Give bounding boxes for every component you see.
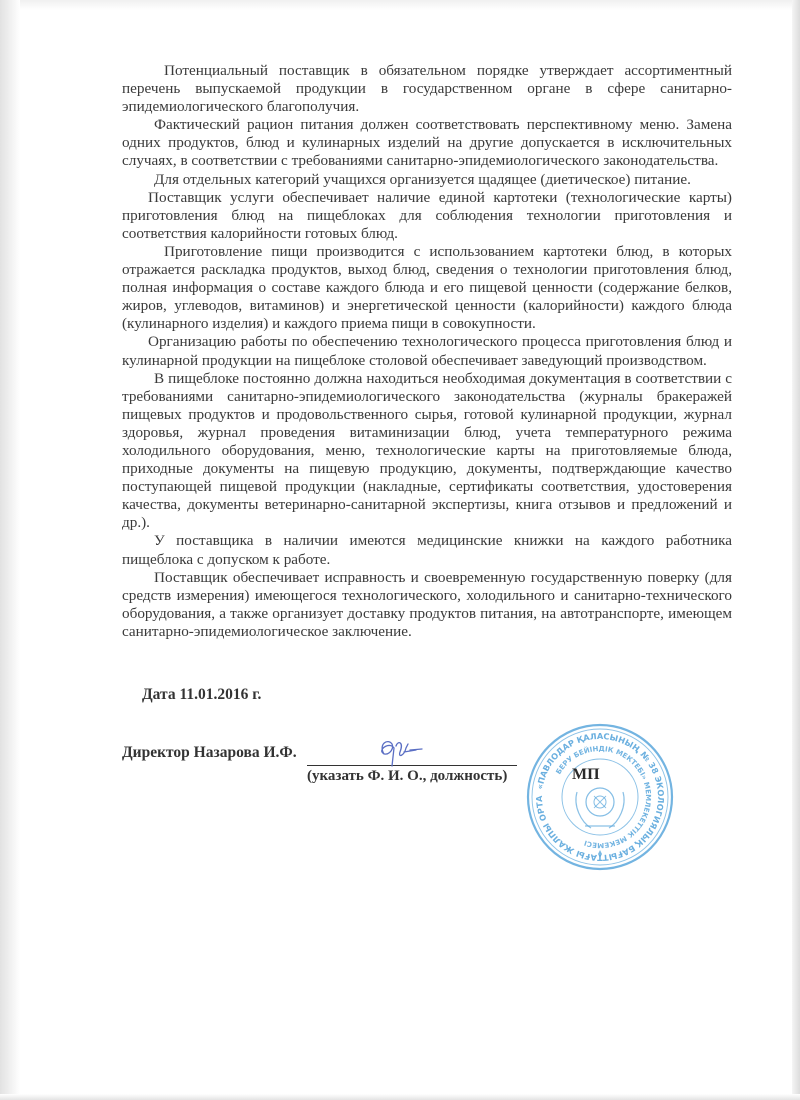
paragraph-equipment: Поставщик обеспечивает исправность и сво… bbox=[122, 569, 732, 641]
paragraph-documentation: В пищеблоке постоянно должна находиться … bbox=[122, 370, 732, 533]
handwritten-signature-icon bbox=[370, 734, 430, 778]
document-date: Дата 11.01.2016 г. bbox=[142, 686, 261, 704]
signatory-name: Директор Назарова И.Ф. bbox=[122, 744, 297, 762]
official-seal-icon: «ПАВЛОДАР ҚАЛАСЫНЫҢ № 38 ЭКОЛОГИЯЛЫҚ БАҒ… bbox=[525, 722, 675, 872]
paragraph-organization: Организацию работы по обеспечению технол… bbox=[122, 333, 732, 369]
paper-left-edge bbox=[0, 0, 20, 1100]
paragraph-diet: Для отдельных категорий учащихся организ… bbox=[122, 171, 732, 189]
paragraph-cooking: Приготовление пищи производится с исполь… bbox=[122, 243, 732, 333]
paper-right-edge bbox=[792, 0, 800, 1100]
paragraph-ration: Фактический рацион питания должен соотве… bbox=[122, 116, 732, 170]
document-body: Потенциальный поставщик в обязательном п… bbox=[122, 62, 732, 641]
paragraph-assortment: Потенциальный поставщик в обязательном п… bbox=[122, 62, 732, 116]
paragraph-card-index: Поставщик услуги обеспечивает наличие ед… bbox=[122, 189, 732, 243]
stamp-placeholder-label: МП bbox=[572, 766, 600, 784]
paper-top-edge bbox=[0, 0, 800, 10]
paper-bottom-edge bbox=[0, 1094, 800, 1100]
paragraph-medical-books: У поставщика в наличии имеются медицинск… bbox=[122, 532, 732, 568]
